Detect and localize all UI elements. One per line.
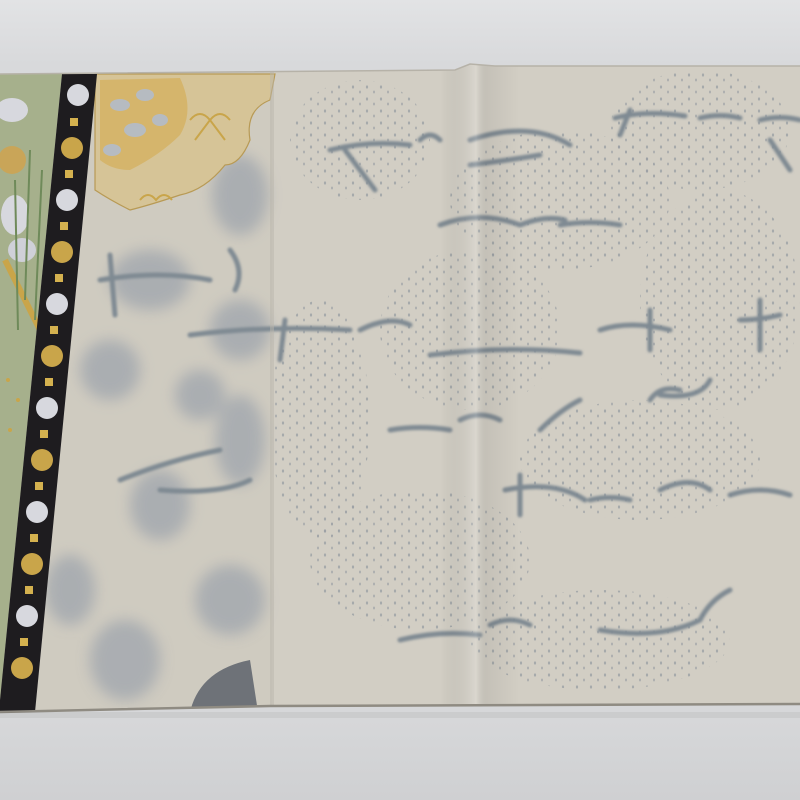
panel-seam xyxy=(270,60,274,720)
obi-fabric-photo xyxy=(0,0,800,800)
center-fold xyxy=(440,60,520,720)
